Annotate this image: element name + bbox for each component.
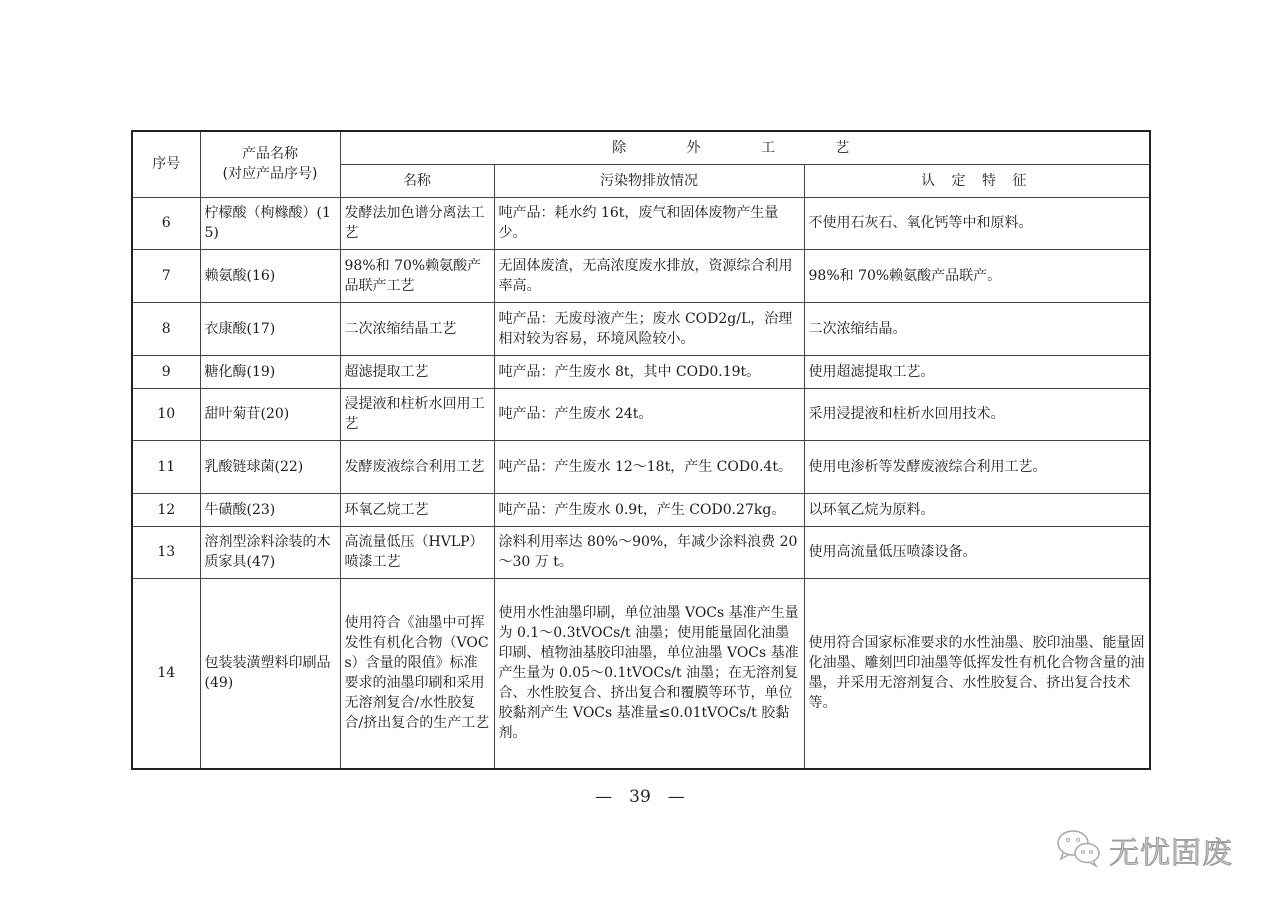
header-exemption-group: 除 外 工 艺: [340, 131, 1150, 164]
cell-seq: 11: [132, 440, 200, 493]
header-process-name: 名称: [340, 164, 494, 197]
cell-process: 超滤提取工艺: [340, 355, 494, 388]
cell-product: 赖氨酸(16): [200, 249, 340, 302]
cell-feature: 使用超滤提取工艺。: [804, 355, 1150, 388]
cell-seq: 12: [132, 493, 200, 526]
cell-seq: 7: [132, 249, 200, 302]
header-feature: 认 定 特 征: [804, 164, 1150, 197]
header-product-name-main: 产品名称: [205, 144, 336, 164]
cell-seq: 8: [132, 302, 200, 355]
cell-product: 甜叶菊苷(20): [200, 388, 340, 440]
cell-feature: 以环氧乙烷为原料。: [804, 493, 1150, 526]
cell-process: 二次浓缩结晶工艺: [340, 302, 494, 355]
cell-feature: 使用电渗析等发酵废液综合利用工艺。: [804, 440, 1150, 493]
cell-process: 环氧乙烷工艺: [340, 493, 494, 526]
cell-product: 衣康酸(17): [200, 302, 340, 355]
cell-seq: 6: [132, 197, 200, 249]
cell-process: 高流量低压（HVLP）喷漆工艺: [340, 526, 494, 578]
cell-pollution: 吨产品：产生废水 24t。: [494, 388, 804, 440]
table-row: 7 赖氨酸(16) 98%和 70%赖氨酸产品联产工艺 无固体废渣，无高浓度废水…: [132, 249, 1150, 302]
cell-pollution: 吨产品：无废母液产生；废水 COD2g/L，治理相对较为容易，环境风险较小。: [494, 302, 804, 355]
cell-seq: 9: [132, 355, 200, 388]
table-row: 10 甜叶菊苷(20) 浸提液和柱析水回用工艺 吨产品：产生废水 24t。 采用…: [132, 388, 1150, 440]
cell-feature: 使用高流量低压喷漆设备。: [804, 526, 1150, 578]
cell-product: 糖化酶(19): [200, 355, 340, 388]
cell-pollution: 吨产品：产生废水 12～18t，产生 COD0.4t。: [494, 440, 804, 493]
cell-feature: 使用符合国家标准要求的水性油墨、胶印油墨、能量固化油墨、雕刻凹印油墨等低挥发性有…: [804, 578, 1150, 769]
page-number: — 39 —: [0, 782, 1280, 807]
cell-process: 发酵法加色谱分离法工艺: [340, 197, 494, 249]
cell-seq: 14: [132, 578, 200, 769]
table-row: 13 溶剂型涂料涂装的木质家具(47) 高流量低压（HVLP）喷漆工艺 涂料利用…: [132, 526, 1150, 578]
cell-product: 溶剂型涂料涂装的木质家具(47): [200, 526, 340, 578]
cell-feature: 98%和 70%赖氨酸产品联产。: [804, 249, 1150, 302]
table-row: 11 乳酸链球菌(22) 发酵废液综合利用工艺 吨产品：产生废水 12～18t，…: [132, 440, 1150, 493]
header-seq: 序号: [132, 131, 200, 197]
cell-process: 98%和 70%赖氨酸产品联产工艺: [340, 249, 494, 302]
watermark: 无忧固废: [1055, 828, 1233, 872]
cell-product: 乳酸链球菌(22): [200, 440, 340, 493]
cell-process: 发酵废液综合利用工艺: [340, 440, 494, 493]
cell-seq: 10: [132, 388, 200, 440]
cell-product: 柠檬酸（枸橼酸）(15): [200, 197, 340, 249]
cell-feature: 不使用石灰石、氧化钙等中和原料。: [804, 197, 1150, 249]
header-product-name: 产品名称 (对应产品序号): [200, 131, 340, 197]
table-row: 6 柠檬酸（枸橼酸）(15) 发酵法加色谱分离法工艺 吨产品：耗水约 16t，废…: [132, 197, 1150, 249]
cell-pollution: 使用水性油墨印刷，单位油墨 VOCs 基准产生量为 0.1～0.3tVOCs/t…: [494, 578, 804, 769]
header-row-1: 序号 产品名称 (对应产品序号) 除 外 工 艺: [132, 131, 1150, 164]
cell-pollution: 吨产品：产生废水 0.9t，产生 COD0.27kg。: [494, 493, 804, 526]
cell-seq: 13: [132, 526, 200, 578]
cell-product: 包装装潢塑料印刷品(49): [200, 578, 340, 769]
wechat-icon: [1055, 828, 1103, 872]
cell-product: 牛磺酸(23): [200, 493, 340, 526]
table-row: 14 包装装潢塑料印刷品(49) 使用符合《油墨中可挥发性有机化合物（VOCs）…: [132, 578, 1150, 769]
cell-feature: 二次浓缩结晶。: [804, 302, 1150, 355]
table-row: 8 衣康酸(17) 二次浓缩结晶工艺 吨产品：无废母液产生；废水 COD2g/L…: [132, 302, 1150, 355]
cell-process: 浸提液和柱析水回用工艺: [340, 388, 494, 440]
cell-pollution: 吨产品：耗水约 16t，废气和固体废物产生量少。: [494, 197, 804, 249]
watermark-text: 无忧固废: [1109, 828, 1233, 872]
table-row: 12 牛磺酸(23) 环氧乙烷工艺 吨产品：产生废水 0.9t，产生 COD0.…: [132, 493, 1150, 526]
cell-pollution: 无固体废渣，无高浓度废水排放，资源综合利用率高。: [494, 249, 804, 302]
header-product-name-sub: (对应产品序号): [205, 164, 336, 184]
cell-pollution: 吨产品：产生废水 8t，其中 COD0.19t。: [494, 355, 804, 388]
cell-process: 使用符合《油墨中可挥发性有机化合物（VOCs）含量的限值》标准要求的油墨印刷和采…: [340, 578, 494, 769]
cell-feature: 采用浸提液和柱析水回用技术。: [804, 388, 1150, 440]
exemption-process-table: 序号 产品名称 (对应产品序号) 除 外 工 艺 名称 污染物排放情况 认 定 …: [131, 130, 1151, 770]
cell-pollution: 涂料利用率达 80%～90%，年减少涂料浪费 20～30 万 t。: [494, 526, 804, 578]
table-row: 9 糖化酶(19) 超滤提取工艺 吨产品：产生废水 8t，其中 COD0.19t…: [132, 355, 1150, 388]
header-pollution: 污染物排放情况: [494, 164, 804, 197]
